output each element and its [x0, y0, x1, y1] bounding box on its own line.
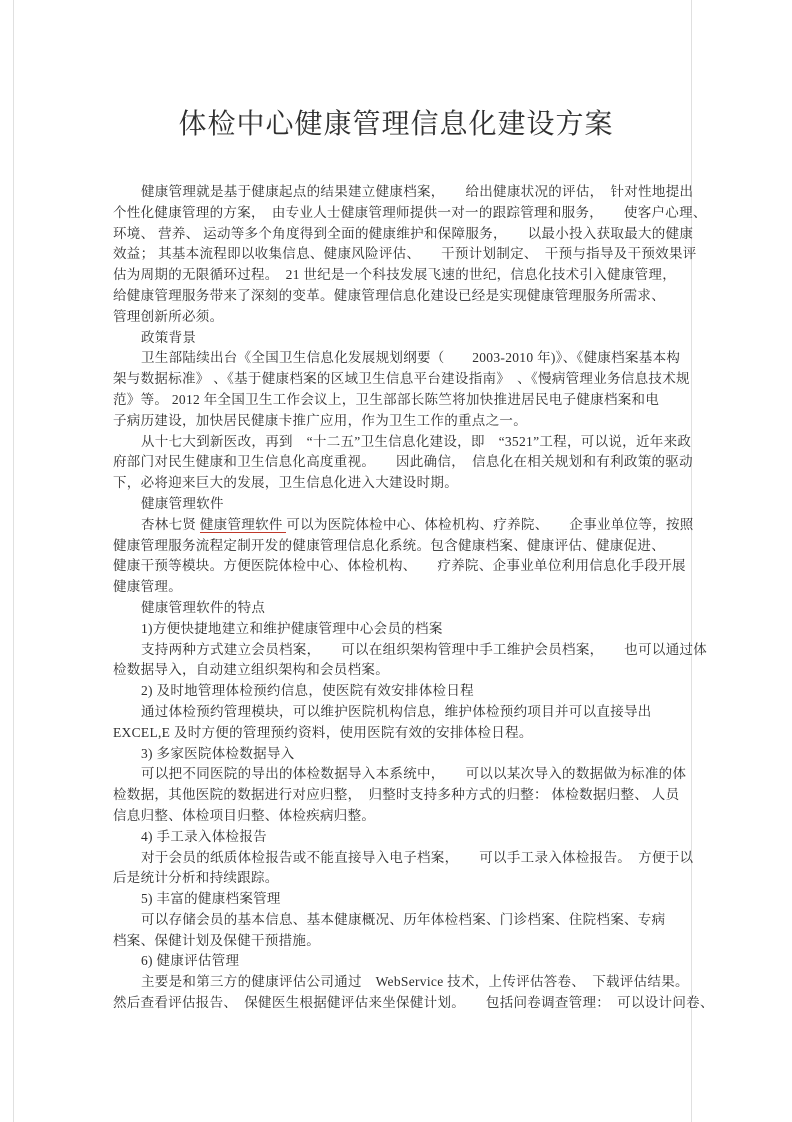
- text-segment: 子病历建设，加快居民健康卡推广应用，作为卫生工作的重点之一。: [113, 413, 527, 428]
- text-segment: 检数据，其他医院的数据进行对应归整， 归整时支持多种方式的归整： 体检数据归整、…: [113, 787, 679, 802]
- text-line: 子病历建设，加快居民健康卡推广应用，作为卫生工作的重点之一。: [113, 411, 679, 432]
- text-segment: 健康管理软件的特点: [141, 600, 265, 615]
- text-line: 然后查看评估报告、 保健医生根据健评估来坐保健计划。 包括问卷调查管理： 可以设…: [113, 993, 679, 1014]
- text-segment: 个性化健康管理的方案， 由专业人士健康管理师提供一对一的跟踪管理和服务， 使客户…: [113, 205, 707, 220]
- text-line: EXCEL,E 及时方便的管理预约资料，使用医院有效的安排体检日程。: [113, 723, 679, 744]
- text-segment: 2) 及时地管理体检预约信息，使医院有效安排体检日程: [141, 683, 474, 698]
- text-segment: 可以把不同医院的导出的体检数据导入本系统中， 可以以某次导入的数据做为标准的体: [141, 766, 686, 781]
- text-segment: 健康管理软件: [141, 496, 224, 511]
- text-segment: 范》等。 2012 年全国卫生工作会议上，卫生部部长陈竺将加快推进居民电子健康档…: [113, 392, 659, 407]
- text-line: 架与数据标准》 、《基于健康档案的区域卫生信息平台建设指南》 、《慢病管理业务信…: [113, 369, 679, 390]
- text-line: 杏林七贤 健康管理软件 可以为医院体检中心、体检机构、疗养院、 企事业单位等，按…: [113, 515, 679, 536]
- page-edge-right: [691, 0, 692, 1122]
- text-line: 6) 健康评估管理: [113, 951, 679, 972]
- text-segment: 估为周期的无限循环过程。 21 世纪是一个科技发展飞速的世纪，信息化技术引入健康…: [113, 267, 676, 282]
- text-line: 可以把不同医院的导出的体检数据导入本系统中， 可以以某次导入的数据做为标准的体: [113, 764, 679, 785]
- text-line: 通过体检预约管理模块，可以维护医院机构信息，维护体检预约项目并可以直接导出: [113, 702, 679, 723]
- text-line: 检数据导入，自动建立组织架构和会员档案。: [113, 660, 679, 681]
- text-line: 主要是和第三方的健康评估公司通过 WebService 技术，上传评估答卷、 下…: [113, 972, 679, 993]
- text-segment: 主要是和第三方的健康评估公司通过 WebService 技术，上传评估答卷、 下…: [141, 974, 689, 989]
- text-segment: 杏林七贤: [141, 517, 200, 532]
- page-edge-left: [13, 0, 14, 1122]
- text-line: 环境、 营养、 运动等多个角度得到全面的健康维护和保障服务， 以最小投入获取最大…: [113, 224, 679, 245]
- text-segment: 可以存储会员的基本信息、基本健康概况、历年体检档案、门诊档案、住院档案、专病: [141, 912, 665, 927]
- text-segment: 3) 多家医院体检数据导入: [141, 746, 295, 761]
- text-line: 效益； 其基本流程即以收集信息、健康风险评估、 干预计划制定、 干预与指导及干预…: [113, 244, 679, 265]
- text-segment: 健康管理服务流程定制开发的健康管理信息化系统。包含健康档案、健康评估、健康促进、: [113, 538, 665, 553]
- text-segment: 卫生部陆续出台《全国卫生信息化发展规划纲要（ 2003-2010 年)》、《健康…: [141, 350, 680, 365]
- text-segment: 健康管理。: [113, 579, 182, 594]
- text-segment: 从十七大到新医改，再到 “十二五”卫生信息化建设，即 “3521”工程，可以说，…: [141, 434, 691, 449]
- text-segment: 档案、保健计划及保健干预措施。: [113, 933, 320, 948]
- text-line: 从十七大到新医改，再到 “十二五”卫生信息化建设，即 “3521”工程，可以说，…: [113, 432, 679, 453]
- text-segment: 检数据导入，自动建立组织架构和会员档案。: [113, 662, 389, 677]
- text-segment: 环境、 营养、 运动等多个角度得到全面的健康维护和保障服务， 以最小投入获取最大…: [113, 226, 693, 241]
- text-segment: 政策背景: [141, 330, 196, 345]
- text-line: 个性化健康管理的方案， 由专业人士健康管理师提供一对一的跟踪管理和服务， 使客户…: [113, 203, 679, 224]
- text-segment: 健康干预等模块。方便医院体检中心、体检机构、 疗养院、企事业单位利用信息化手段开…: [113, 558, 686, 573]
- text-line: 可以存储会员的基本信息、基本健康概况、历年体检档案、门诊档案、住院档案、专病: [113, 910, 679, 931]
- text-line: 范》等。 2012 年全国卫生工作会议上，卫生部部长陈竺将加快推进居民电子健康档…: [113, 390, 679, 411]
- text-segment: 架与数据标准》 、《基于健康档案的区域卫生信息平台建设指南》 、《慢病管理业务信…: [113, 371, 690, 386]
- text-line: 健康干预等模块。方便医院体检中心、体检机构、 疗养院、企事业单位利用信息化手段开…: [113, 556, 679, 577]
- text-segment: 6) 健康评估管理: [141, 953, 239, 968]
- text-segment: EXCEL,E 及时方便的管理预约资料，使用医院有效的安排体检日程。: [113, 725, 533, 740]
- text-line: 信息归整、体检项目归整、体检疾病归整。: [113, 806, 679, 827]
- text-segment: 给健康管理服务带来了深刻的变革。健康管理信息化建设已经是实现健康管理服务所需求、: [113, 288, 665, 303]
- text-segment: 健康管理就是基于健康起点的结果建立健康档案， 给出健康状况的评估， 针对性地提出: [141, 184, 693, 199]
- text-line: 3) 多家医院体检数据导入: [113, 744, 679, 765]
- text-line: 府部门对民生健康和卫生信息化高度重视。 因此确信， 信息化在相关规划和有利政策的…: [113, 452, 679, 473]
- text-segment: 府部门对民生健康和卫生信息化高度重视。 因此确信， 信息化在相关规划和有利政策的…: [113, 454, 693, 469]
- text-segment: 下，必将迎来巨大的发展，卫生信息化进入大建设时期。: [113, 475, 458, 490]
- text-line: 估为周期的无限循环过程。 21 世纪是一个科技发展飞速的世纪，信息化技术引入健康…: [113, 265, 679, 286]
- health-management-software-link[interactable]: 健康管理软件: [200, 517, 286, 534]
- text-line: 4) 手工录入体检报告: [113, 827, 679, 848]
- text-line: 对于会员的纸质体检报告或不能直接导入电子档案， 可以手工录入体检报告。 方便于以: [113, 848, 679, 869]
- page-title: 体检中心健康管理信息化建设方案: [0, 102, 792, 142]
- text-line: 1)方便快捷地建立和维护健康管理中心会员的档案: [113, 619, 679, 640]
- text-line: 健康管理软件的特点: [113, 598, 679, 619]
- text-line: 给健康管理服务带来了深刻的变革。健康管理信息化建设已经是实现健康管理服务所需求、: [113, 286, 679, 307]
- text-line: 档案、保健计划及保健干预措施。: [113, 931, 679, 952]
- text-segment: 可以为医院体检中心、体检机构、疗养院、 企事业单位等，按照: [286, 517, 693, 532]
- document-page: { "title": "体检中心健康管理信息化建设方案", "colors": …: [0, 0, 792, 1122]
- text-line: 健康管理服务流程定制开发的健康管理信息化系统。包含健康档案、健康评估、健康促进、: [113, 536, 679, 557]
- text-line: 政策背景: [113, 328, 679, 349]
- text-segment: 支持两种方式建立会员档案， 可以在组织架构管理中手工维护会员档案， 也可以通过体: [141, 642, 707, 657]
- text-segment: 信息归整、体检项目归整、体检疾病归整。: [113, 808, 375, 823]
- text-line: 健康管理软件: [113, 494, 679, 515]
- text-segment: 1)方便快捷地建立和维护健康管理中心会员的档案: [141, 621, 443, 636]
- text-segment: 5) 丰富的健康档案管理: [141, 891, 281, 906]
- text-line: 卫生部陆续出台《全国卫生信息化发展规划纲要（ 2003-2010 年)》、《健康…: [113, 348, 679, 369]
- text-line: 健康管理。: [113, 577, 679, 598]
- text-segment: 然后查看评估报告、 保健医生根据健评估来坐保健计划。 包括问卷调查管理： 可以设…: [113, 995, 714, 1010]
- text-line: 后是统计分析和持续跟踪。: [113, 868, 679, 889]
- text-segment: 管理创新所必须。: [113, 309, 223, 324]
- text-segment: 通过体检预约管理模块，可以维护医院机构信息，维护体检预约项目并可以直接导出: [141, 704, 652, 719]
- text-segment: 效益； 其基本流程即以收集信息、健康风险评估、 干预计划制定、 干预与指导及干预…: [113, 246, 697, 261]
- text-line: 下，必将迎来巨大的发展，卫生信息化进入大建设时期。: [113, 473, 679, 494]
- text-line: 健康管理就是基于健康起点的结果建立健康档案， 给出健康状况的评估， 针对性地提出: [113, 182, 679, 203]
- document-body: 健康管理就是基于健康起点的结果建立健康档案， 给出健康状况的评估， 针对性地提出…: [113, 182, 679, 1014]
- text-segment: 后是统计分析和持续跟踪。: [113, 870, 279, 885]
- text-line: 5) 丰富的健康档案管理: [113, 889, 679, 910]
- text-line: 管理创新所必须。: [113, 307, 679, 328]
- text-segment: 对于会员的纸质体检报告或不能直接导入电子档案， 可以手工录入体检报告。 方便于以: [141, 850, 693, 865]
- text-line: 2) 及时地管理体检预约信息，使医院有效安排体检日程: [113, 681, 679, 702]
- text-line: 支持两种方式建立会员档案， 可以在组织架构管理中手工维护会员档案， 也可以通过体: [113, 640, 679, 661]
- text-segment: 4) 手工录入体检报告: [141, 829, 267, 844]
- text-line: 检数据，其他医院的数据进行对应归整， 归整时支持多种方式的归整： 体检数据归整、…: [113, 785, 679, 806]
